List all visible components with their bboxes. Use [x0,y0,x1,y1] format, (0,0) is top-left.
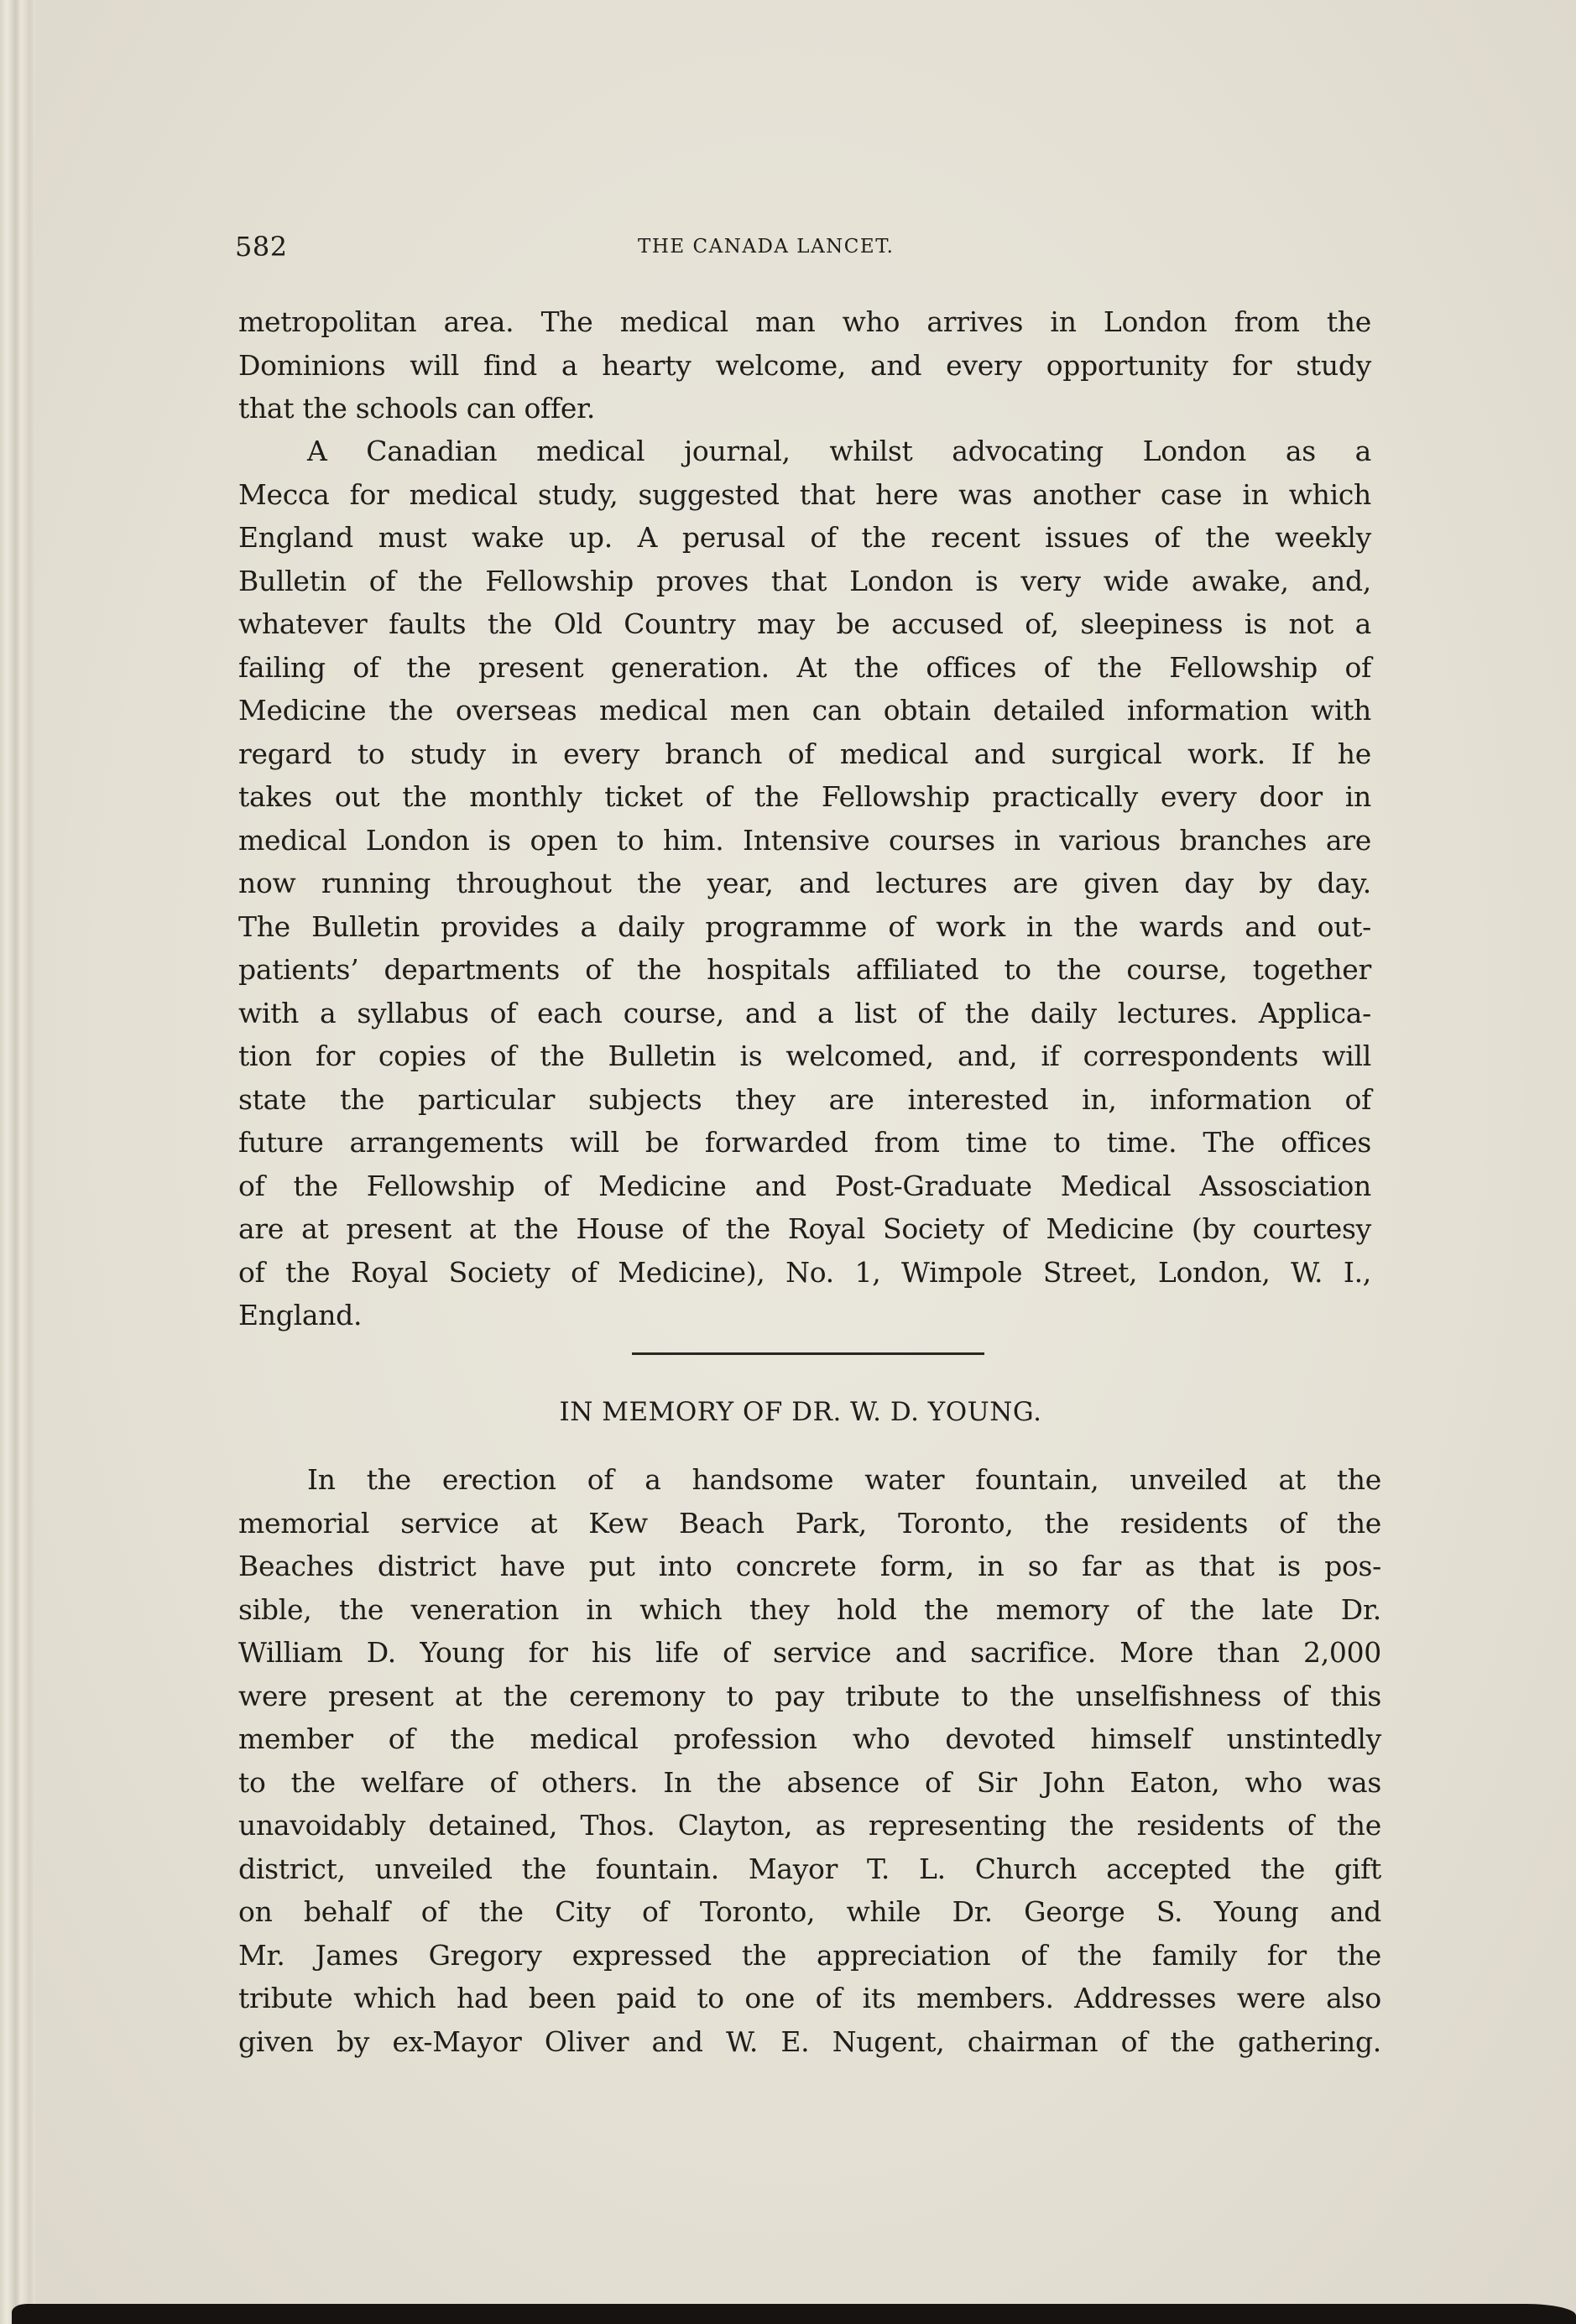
text-line: A Canadian medical journal, whilst advoc… [238,430,1371,473]
text-line: William D. Young for his life of service… [238,1631,1381,1675]
text-line: are at present at the House of the Royal… [238,1207,1371,1251]
text-line: given by ex-Mayor Oliver and W. E. Nugen… [238,2020,1381,2064]
text-line: tribute which had been paid to one of it… [238,1977,1381,2020]
text-line: unavoidably detained, Thos. Clayton, as … [238,1804,1381,1847]
text-line: of the Fellowship of Medicine and Post-G… [238,1165,1371,1208]
text-line: failing of the present generation. At th… [238,646,1371,690]
text-line: tion for copies of the Bulletin is welco… [238,1034,1371,1078]
page-number: 582 [235,231,288,263]
text-line: whatever faults the Old Country may be a… [238,602,1371,646]
scan-bottom-edge [12,2304,1576,2324]
text-line: Dominions will find a hearty welcome, an… [238,344,1371,388]
text-line: patients’ departments of the hospitals a… [238,948,1371,992]
text-line: that the schools can offer. [238,387,1371,430]
text-line: member of the medical profession who dev… [238,1717,1381,1761]
text-line: now running throughout the year, and lec… [238,862,1371,905]
text-line: future arrangements will be forwarded fr… [238,1121,1371,1165]
text-line: Mr. James Gregory expressed the apprecia… [238,1934,1381,1977]
text-line: In the erection of a handsome water foun… [238,1458,1381,1502]
section-heading: IN MEMORY OF DR. W. D. YOUNG. [0,1397,1576,1427]
text-line: metropolitan area. The medical man who a… [238,300,1371,344]
article1-paragraph-1: metropolitan area. The medical man who a… [238,300,1371,430]
running-head: 582 THE CANADA LANCET. [235,231,1376,264]
text-line: medical London is open to him. Intensive… [238,819,1371,862]
article2-paragraph-1: In the erection of a handsome water foun… [238,1458,1381,2063]
text-line: Bulletin of the Fellowship proves that L… [238,560,1371,603]
text-line: Mecca for medical study, suggested that … [238,473,1371,517]
text-line: state the particular subjects they are i… [238,1078,1371,1122]
text-line: on behalf of the City of Toronto, while … [238,1890,1381,1934]
text-line: district, unveiled the fountain. Mayor T… [238,1847,1381,1891]
book-gutter [0,0,35,2324]
section-divider-rule [632,1352,984,1355]
text-line: England. [238,1294,1371,1337]
scanned-page: 582 THE CANADA LANCET. metropolitan area… [0,0,1576,2324]
text-line: Medicine the overseas medical men can ob… [238,689,1371,732]
text-line: to the welfare of others. In the absence… [238,1761,1381,1805]
text-line: The Bulletin provides a daily programme … [238,905,1371,949]
journal-title: THE CANADA LANCET. [638,236,894,258]
text-line: with a syllabus of each course, and a li… [238,992,1371,1035]
article1-paragraph-2: A Canadian medical journal, whilst advoc… [238,430,1371,1337]
text-line: regard to study in every branch of medic… [238,732,1371,776]
text-line: England must wake up. A perusal of the r… [238,516,1371,560]
text-line: sible, the veneration in which they hold… [238,1588,1381,1632]
text-line: takes out the monthly ticket of the Fell… [238,775,1371,819]
text-line: memorial service at Kew Beach Park, Toro… [238,1502,1381,1545]
text-line: of the Royal Society of Medicine), No. 1… [238,1251,1371,1295]
text-line: Beaches district have put into concrete … [238,1545,1381,1588]
text-line: were present at the ceremony to pay trib… [238,1675,1381,1718]
